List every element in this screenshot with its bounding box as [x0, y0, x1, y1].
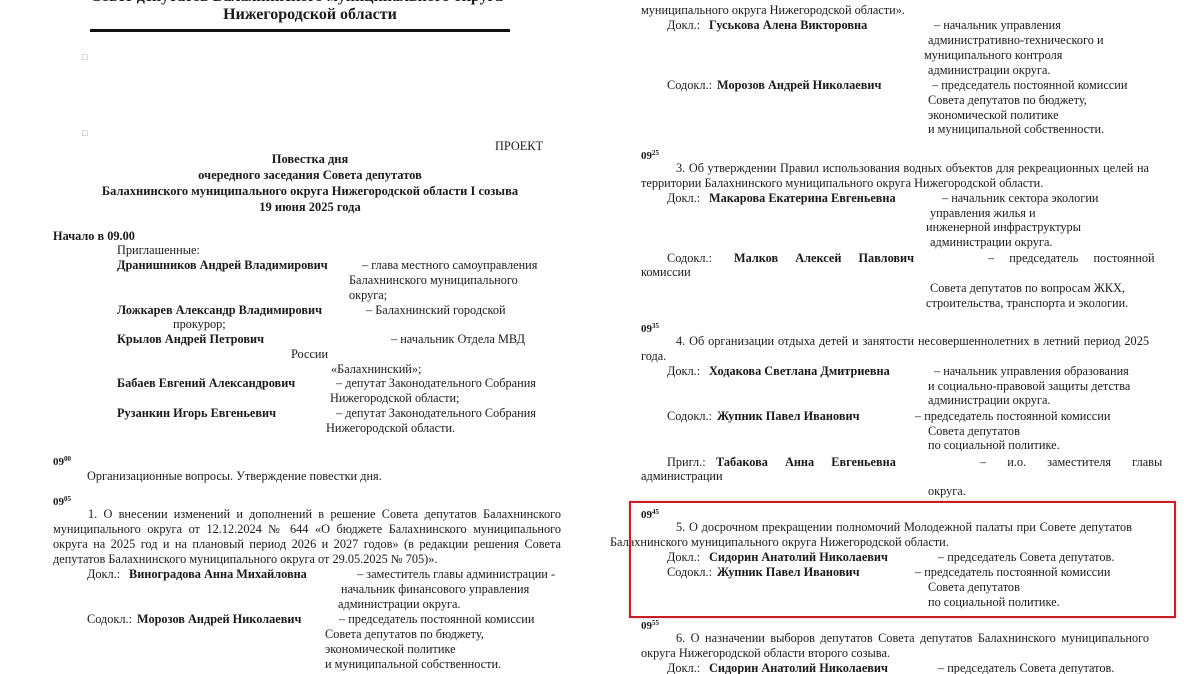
speaker-role: начальник финансового управления — [341, 582, 529, 597]
speaker-role: и социально-правовой защиты детства — [928, 379, 1130, 394]
speaker-role: администрации округа. — [928, 393, 1050, 408]
speaker-role: экономической политике — [325, 642, 456, 657]
invited-role: – начальник Отдела МВД — [391, 332, 525, 347]
header-region: Нижегородской области — [0, 7, 600, 22]
speaker-label: Докл.: — [667, 18, 700, 33]
invited-role: «Балахнинский»; — [331, 362, 421, 377]
header-divider — [90, 29, 510, 32]
agenda-item-text: Организационные вопросы. Утверждение пов… — [87, 469, 382, 484]
speaker-role: – начальник управления образования — [934, 364, 1129, 379]
invited-role: округа; — [349, 288, 387, 303]
speaker-role: Совета депутатов — [928, 424, 1020, 439]
agenda-item-text: 4. Об организации отдыха детей и занятос… — [641, 334, 1149, 364]
speaker-label: Содокл.: — [667, 78, 712, 93]
title-line-1: Повестка дня — [0, 152, 600, 167]
invited-name: Крылов Андрей Петрович — [117, 332, 264, 347]
placeholder-square-icon: □ — [82, 50, 87, 65]
speaker-name: Гуськова Алена Викторовна — [709, 18, 867, 33]
speaker-role: – председатель постоянной — [988, 251, 1155, 266]
agenda-time: 0900 — [53, 452, 71, 470]
speaker-role: администрации округа. — [928, 63, 1050, 78]
start-time: Начало в 09.00 — [53, 229, 135, 244]
speaker-role: – заместитель главы администрации - — [357, 567, 555, 582]
placeholder-square-icon: □ — [82, 126, 87, 141]
speaker-label: Докл.: — [667, 191, 700, 206]
speaker-role: комиссии — [641, 265, 691, 280]
speaker-name: Морозов Андрей Николаевич — [137, 612, 301, 627]
speaker-role: и муниципальной собственности. — [325, 657, 501, 672]
speaker-label: Докл.: — [87, 567, 120, 582]
speaker-role: округа. — [928, 484, 966, 499]
speaker-label: Содокл.: — [667, 251, 712, 266]
speaker-label: Докл.: — [667, 661, 700, 674]
speaker-role: администрации округа. — [338, 597, 460, 612]
speaker-role: – председатель постоянной комиссии — [915, 409, 1110, 424]
speaker-role: Совета депутатов по бюджету, — [325, 627, 484, 642]
speaker-label: Содокл.: — [667, 409, 712, 424]
invited-name: Рузанкин Игорь Евгеньевич — [117, 406, 276, 421]
speaker-role: экономической политике — [928, 108, 1059, 123]
speaker-role: – начальник сектора экологии — [942, 191, 1099, 206]
speaker-name: Морозов Андрей Николаевич — [717, 78, 881, 93]
speaker-role: муниципального контроля — [924, 48, 1062, 63]
invited-name: Дранишников Андрей Владимирович — [117, 258, 328, 273]
invited-role: Балахнинского муниципального — [349, 273, 518, 288]
speaker-label: Пригл.: — [667, 455, 706, 470]
agenda-item-text: 3. Об утверждении Правил использования в… — [641, 161, 1149, 191]
speaker-role: – начальник управления — [934, 18, 1061, 33]
agenda-item-text: 6. О назначении выборов депутатов Совета… — [641, 631, 1149, 661]
speaker-name: Жупник Павел Иванович — [717, 409, 860, 424]
invited-role: Нижегородской области. — [326, 421, 455, 436]
speaker-role: административно-технического и — [928, 33, 1104, 48]
title-line-3: Балахнинского муниципального округа Ниже… — [0, 184, 600, 199]
speaker-role: по социальной политике. — [928, 438, 1060, 453]
speaker-role: – председатель Совета депутатов. — [938, 661, 1114, 674]
speaker-role: администрации округа. — [930, 235, 1052, 250]
speaker-name: Малков Алексей Павлович — [734, 251, 914, 266]
invited-role: – глава местного самоуправления — [362, 258, 537, 273]
agenda-item-text: 1. О внесении изменений и дополнений в р… — [53, 507, 561, 567]
title-date: 19 июня 2025 года — [0, 200, 600, 215]
header-org-name-cut: Совет депутатов Балахнинского муниципаль… — [90, 0, 503, 4]
speaker-name: Макарова Екатерина Евгеньевна — [709, 191, 896, 206]
speaker-role: и муниципальной собственности. — [928, 122, 1104, 137]
speaker-name: Виноградова Анна Михайловна — [129, 567, 307, 582]
invited-role: – Балахнинский городской — [366, 303, 506, 318]
speaker-role: инженерной инфраструктуры — [926, 220, 1081, 235]
highlight-box — [629, 501, 1176, 618]
speaker-role: администрации — [641, 469, 723, 484]
invited-name: Ложкарев Александр Владимирович — [117, 303, 322, 318]
title-line-2: очередного заседания Совета депутатов — [0, 168, 600, 183]
speaker-role: Совета депутатов по вопросам ЖКХ, — [930, 281, 1125, 296]
invited-role: России — [291, 347, 328, 362]
agenda-item-text: муниципального округа Нижегородской обла… — [641, 3, 905, 18]
invited-role: Нижегородской области; — [330, 391, 459, 406]
invited-role: – депутат Законодательного Собрания — [336, 406, 536, 421]
invited-name: Бабаев Евгений Александрович — [117, 376, 295, 391]
speaker-role: – председатель постоянной комиссии — [932, 78, 1127, 93]
speaker-role: строительства, транспорта и экологии. — [926, 296, 1128, 311]
speaker-label: Содокл.: — [87, 612, 132, 627]
invited-role: – депутат Законодательного Собрания — [336, 376, 536, 391]
speaker-label: Докл.: — [667, 364, 700, 379]
speaker-role: – председатель постоянной комиссии — [339, 612, 534, 627]
document-page-left: Совет депутатов Балахнинского муниципаль… — [0, 0, 600, 674]
invited-label: Приглашенные: — [117, 243, 200, 258]
speaker-name: Табакова Анна Евгеньевна — [716, 455, 896, 470]
speaker-role: Совета депутатов по бюджету, — [928, 93, 1087, 108]
speaker-role: – и.о. заместителя главы — [980, 455, 1162, 470]
invited-role: прокурор; — [173, 317, 226, 332]
speaker-name: Ходакова Светлана Дмитриевна — [709, 364, 890, 379]
speaker-role: управления жилья и — [930, 206, 1036, 221]
speaker-name: Сидорин Анатолий Николаевич — [709, 661, 888, 674]
